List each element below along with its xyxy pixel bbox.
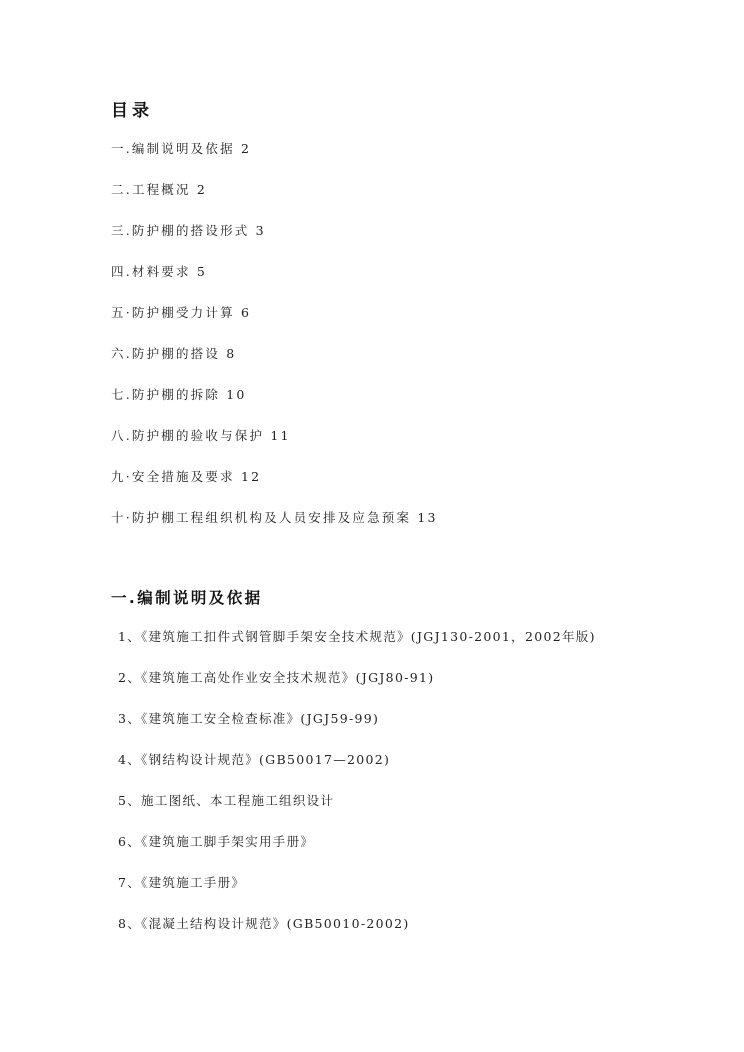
toc-entry[interactable]: 三.防护棚的搭设形式 3 — [111, 221, 438, 262]
toc-entry-label: 四.材料要求 — [111, 264, 191, 279]
section-heading: 一.编制说明及依据 — [111, 586, 263, 608]
toc-entry[interactable]: 二.工程概况 2 — [111, 180, 438, 221]
toc-entry[interactable]: 一.编制说明及依据 2 — [111, 139, 438, 180]
reference-item: 2、《建筑施工高处作业安全技术规范》(JGJ80-91) — [118, 668, 596, 709]
toc-entry-page: 11 — [270, 428, 290, 443]
table-of-contents: 一.编制说明及依据 2 二.工程概况 2 三.防护棚的搭设形式 3 四.材料要求… — [111, 139, 438, 549]
toc-entry-page: 5 — [197, 264, 207, 279]
toc-entry-page: 13 — [417, 510, 437, 525]
toc-entry-page: 8 — [226, 346, 236, 361]
toc-entry-page: 10 — [226, 387, 246, 402]
toc-entry[interactable]: 四.材料要求 5 — [111, 262, 438, 303]
toc-title: 目录 — [111, 96, 153, 121]
toc-entry-label: 十·防护棚工程组织机构及人员安排及应急预案 — [111, 510, 411, 525]
reference-list: 1、《建筑施工扣件式钢管脚手架安全技术规范》(JGJ130-2001，2002年… — [118, 627, 596, 955]
toc-entry-label: 六.防护棚的搭设 — [111, 346, 220, 361]
toc-entry[interactable]: 八.防护棚的验收与保护 11 — [111, 426, 438, 467]
toc-entry[interactable]: 五·防护棚受力计算 6 — [111, 303, 438, 344]
toc-entry-label: 九·安全措施及要求 — [111, 469, 235, 484]
toc-entry-page: 3 — [256, 223, 266, 238]
reference-item: 5、施工图纸、本工程施工组织设计 — [118, 791, 596, 832]
toc-entry[interactable]: 六.防护棚的搭设 8 — [111, 344, 438, 385]
toc-entry-label: 二.工程概况 — [111, 182, 191, 197]
toc-entry-page: 2 — [241, 141, 251, 156]
toc-entry[interactable]: 七.防护棚的拆除 10 — [111, 385, 438, 426]
reference-item: 6、《建筑施工脚手架实用手册》 — [118, 832, 596, 873]
toc-entry-label: 一.编制说明及依据 — [111, 141, 235, 156]
reference-item: 1、《建筑施工扣件式钢管脚手架安全技术规范》(JGJ130-2001，2002年… — [118, 627, 596, 668]
toc-entry-page: 12 — [241, 469, 261, 484]
toc-entry-label: 五·防护棚受力计算 — [111, 305, 235, 320]
toc-entry-page: 6 — [241, 305, 251, 320]
toc-entry-page: 2 — [197, 182, 207, 197]
toc-entry[interactable]: 十·防护棚工程组织机构及人员安排及应急预案 13 — [111, 508, 438, 549]
reference-item: 4、《钢结构设计规范》(GB50017—2002) — [118, 750, 596, 791]
document-page: 目录 一.编制说明及依据 2 二.工程概况 2 三.防护棚的搭设形式 3 四.材… — [0, 0, 744, 1052]
toc-entry-label: 三.防护棚的搭设形式 — [111, 223, 249, 238]
toc-entry[interactable]: 九·安全措施及要求 12 — [111, 467, 438, 508]
reference-item: 3、《建筑施工安全检查标准》(JGJ59-99) — [118, 709, 596, 750]
toc-entry-label: 八.防护棚的验收与保护 — [111, 428, 264, 443]
reference-item: 8、《混凝土结构设计规范》(GB50010-2002) — [118, 914, 596, 955]
reference-item: 7、《建筑施工手册》 — [118, 873, 596, 914]
toc-entry-label: 七.防护棚的拆除 — [111, 387, 220, 402]
